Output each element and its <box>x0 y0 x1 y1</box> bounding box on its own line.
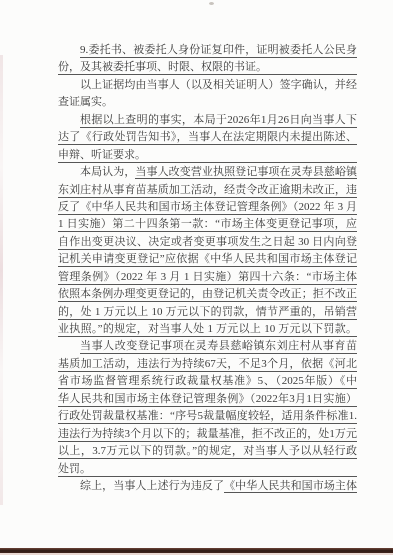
scan-left-edge-artifact <box>0 55 3 505</box>
text-line: 达了《行政处罚告知书》，当事人在法定期限内未提出陈述、 <box>58 129 357 146</box>
document-page: 9.委托书、被委托人身份证复印件，证明被委托人公民身份，及其被委托事项、时限、权… <box>0 0 393 555</box>
text-segment-plain: 综上，当事人上述行为违反了 <box>80 480 224 492</box>
text-line: 管理条例》（2022 年 3 月 1 日实施）第四十六条：“市场主体未 <box>58 269 357 286</box>
text-segment-underlined: 当事人改变营业执照登记事项在灵寿县慈峪镇 <box>135 166 357 179</box>
text-line: 根据以上查明的事实，本局于2026年1月26日向当事人下 <box>58 112 357 129</box>
text-line: 处罚。 <box>58 461 357 478</box>
text-line: 基质加工活动，违法行为持续67天，不足3个月，依据《河北 <box>58 356 357 373</box>
text-line: 记机关申请变更登记”应依据《中华人民共和国市场主体登记 <box>58 251 357 268</box>
text-line: 申辩、听证要求。 <box>58 147 357 164</box>
text-line: 以上，3.7万元以下的罚款。”的规定，对当事人予以从轻行政 <box>58 443 357 460</box>
text-line: 综上，当事人上述行为违反了《中华人民共和国市场主体 <box>58 478 357 495</box>
text-line: 本局认为，当事人改变营业执照登记事项在灵寿县慈峪镇 <box>58 164 357 181</box>
text-line: 行政处罚裁量权基准：“序号5裁量幅度较轻，适用条件标准1. <box>58 408 357 425</box>
text-line: 以上证据均由当事人（以及相关证明人）签字确认，并经 <box>58 77 357 94</box>
text-line: 东刘庄村从事育苗基质加工活动，经责令改正逾期未改正，违 <box>58 182 357 199</box>
text-line: 业执照。”的规定，对当事人处 1 万元以上 10 万元以下罚款。 <box>58 321 357 338</box>
text-segment-underlined: 《中华人民共和国市场主体 <box>224 480 357 493</box>
text-line: 的，处 1 万元以上 10 万元以下的罚款，情节严重的，吊销营 <box>58 304 357 321</box>
text-line: 自作出变更决议、决定或者变更事项发生之日起 30 日内向登 <box>58 234 357 251</box>
text-line: 华人民共和国市场主体登记管理条例》（2022年3月1日实施） <box>58 391 357 408</box>
scan-speck-artifact <box>209 2 214 5</box>
text-line: 查证属实。 <box>58 94 357 111</box>
text-line: 反了《中华人民共和国市场主体登记管理条例》（2022 年 3 月 <box>58 199 357 216</box>
document-body: 9.委托书、被委托人身份证复印件，证明被委托人公民身份，及其被委托事项、时限、权… <box>58 42 357 495</box>
text-line: 当事人改变登记事项在灵寿县慈峪镇东刘庄村从事育苗 <box>58 338 357 355</box>
text-line: 依照本条例办理变更登记的，由登记机关责令改正；拒不改正 <box>58 286 357 303</box>
text-line: 1 日实施）第二十四条第一款：“市场主体变更登记事项，应当 <box>58 216 357 233</box>
text-line: 份，及其被委托事项、时限、权限的书证。 <box>58 59 357 76</box>
text-line: 违法行为持续3个月以下的；裁量基准，拒不改正的，处1万元 <box>58 426 357 443</box>
text-line: 省市场监督管理系统行政裁量权基准》5、（2025年版）《中 <box>58 373 357 390</box>
text-line: 9.委托书、被委托人身份证复印件，证明被委托人公民身 <box>58 42 357 59</box>
text-segment-plain: 本局认为， <box>80 166 135 178</box>
